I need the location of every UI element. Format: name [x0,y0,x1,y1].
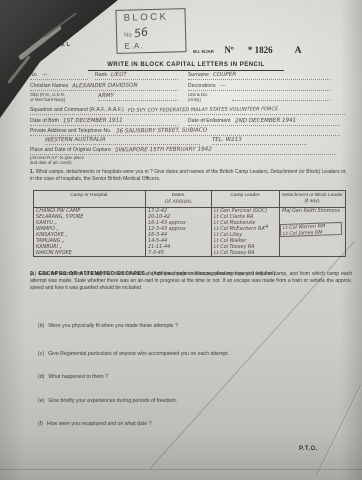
question-2b: (b)Were you physically fit when you made… [38,323,178,329]
camp-name: KANBURI „ [36,244,62,250]
question-2d-id: (d) [38,374,44,380]
camp-date: 12-3-43 approx [148,226,186,232]
question-2c: (c)Give Regimental particulars of anyone… [38,351,229,357]
camp-name: KINSAYOKE „ [36,232,68,238]
pencil-annotation-box: Lt Col Warren RM Lt Col James RM [280,222,342,237]
block-stamp: BLOCK No56 E.A. [115,8,186,54]
question-2e: (e)Give briefly your experiences during … [38,398,177,404]
question-1-number: 1. [30,169,34,175]
field-dob-value: 1ST DECEMBER 1911 [63,118,123,125]
field-address-line2-value: WESTERN AUSTRALIA [45,137,106,144]
pto-label: P.T.O. [299,446,318,452]
camp-date: 16-3-44 [148,232,167,238]
question-1: 1. What camps, detachments or hospitals … [30,169,348,183]
reference-number-line: M.I. 9/JAP.Nº* 1826A [193,40,302,58]
field-date-of-birth: Date of Birth 1ST DECEMBER 1911 [30,118,178,126]
question-2a-text: (a) Give full description and approx. da… [30,271,352,292]
col-header-dates-label: Dates. [172,193,186,198]
field-ship-label: Ship (R.N., U.S.N. or Merchant Navy) [30,92,96,102]
page-title: WRITE IN BLOCK CAPITAL LETTERS IN PENCIL [88,62,284,71]
question-2d: (d)What happened to them ? [38,374,108,380]
camp-name: TAMUANG „ [36,238,65,244]
field-enlistment-value: 2ND DECEMBER 1941 [235,118,296,125]
col-header-camp: Camp or Hospital. [34,191,146,208]
field-unit-line [232,92,330,101]
field-capture-sub2: and date of a/c crash). [30,160,73,165]
question-2e-id: (e) [38,398,44,404]
field-christian-names: Christian Names ALEXANDER DAVIDSON [30,83,178,91]
camp-name: SELARANG, S'PORE [36,214,83,220]
field-squadron-value: FD SVY COY FEDERATED MALAY STATES VOLUNT… [128,106,278,114]
camp-leader: Lt Gen Percival (GOC) [214,208,267,214]
block-stamp-no-value: 56 [133,25,149,40]
col-header-leader: Camp Leader. [212,191,280,208]
camp-leader: Lt Col Mackenzie [214,220,255,226]
field-christian-names-value: ALEXANDER DAVIDSON [72,83,138,90]
camp-leader: Lt Col McEachern RA [214,226,265,232]
question-2c-text: Give Regimental particulars of anyone wh… [48,351,229,357]
camp-leader: Lt Col Clarke RA [214,214,253,220]
dates-arrival-note: OF ARRIVAL [148,200,209,206]
question-2f: (f)How were you recaptured and on what d… [38,421,152,427]
field-rank: Rank LIEUT [95,72,178,80]
question-2b-text: Were you physically fit when you made th… [48,323,177,329]
arrow-icon: → [261,221,269,231]
field-ship-label-line2: or Merchant Navy) [30,97,96,102]
field-rank-value: LIEUT [111,72,127,78]
field-unit-label: Unit & Div. (Army) [188,92,228,102]
camp-date: 21-11-44 [148,244,170,250]
question-2e-text: Give briefly your experiences during per… [48,398,177,404]
field-date-of-enlistment: Date of Enlistment 2ND DECEMBER 1941 [188,118,340,126]
field-squadron-label: Squadron and Command (R.A.F., A.A.F.) [30,107,124,113]
block-stamp-no-label: No [124,33,132,39]
camp-date: 7-3-45 [148,250,164,256]
field-surname: Surname COUPER [188,72,330,80]
field-address-line2: WESTERN AUSTRALIA [45,137,200,145]
block-stamp-ea: E.A. [124,40,185,51]
field-decorations-value: — [220,83,226,89]
crease-line [316,385,362,477]
field-capture: Place and Date of Original Capture SINGA… [30,147,335,155]
field-address: Private Address and Telephone No. 36 SAL… [30,128,340,136]
form-number: * 1826 [248,45,273,55]
field-enlistment-label: Date of Enlistment [188,118,231,124]
field-no: No. — [30,72,88,80]
camp-leader: Lt Col Lilley [214,232,242,238]
block-leader: Maj Gen Keith Simmons [282,208,340,214]
camp-table-header-row: Camp or Hospital. Dates.OF ARRIVAL Camp … [34,191,346,208]
field-no-value: — [42,72,48,78]
col-header-block-leader: Detachment or Block Leader (if any). [280,191,346,208]
camp-date: 17-2-42 [148,208,167,214]
camp-leader: Lt Col Walker [214,238,246,244]
field-ship-value-text: ARMY [98,93,114,99]
field-decorations-label: Decorations [188,83,216,89]
field-christian-names-label: Christian Names [30,83,68,89]
camp-row: NAKON NYOKE 7-3-45 Lt Col Toosey RA [34,250,346,257]
field-surname-value: COUPER [213,72,236,78]
camp-name: CHANGI PW CAMP [36,208,80,214]
field-squadron: Squadron and Command (R.A.F., A.A.F.) FD… [30,107,345,115]
camp-name: WAMPO „ [36,226,59,232]
field-capture-value: SINGAPORE 15TH FEBRUARY 1942 [115,146,212,153]
field-telephone: TEL. W213 [212,137,307,145]
scanned-pow-questionnaire-page: CONFIDENTIAL BLOCK No56 E.A. M.I. 9/JAP.… [0,0,362,480]
camp-date: 20-10-42 [148,214,170,220]
camp-name: NAKON NYOKE [36,250,72,256]
field-dob-label: Date of Birth [30,118,59,124]
camp-name: KANYU „ [36,220,57,226]
camp-row: CHANGI PW CAMP 17-2-42 Lt Gen Percival (… [34,207,346,214]
field-ship-value: ARMY [98,93,178,101]
field-surname-label: Surname [188,72,209,78]
question-2b-id: (b) [38,323,44,329]
camp-leader: Lt Col Toosey RA [214,250,255,256]
form-number-suffix: A [295,46,302,56]
page-bottom-edge [0,469,362,470]
field-address-value: 36 SALISBURY STREET, SUBIACO [116,128,207,135]
field-telephone-value: TEL. W213 [212,137,242,143]
field-rank-label: Rank [95,72,107,78]
camp-date: 14-5-44 [148,238,167,244]
question-1-text: What camps, detachments or hospitals wer… [30,169,347,182]
no-symbol: Nº [224,45,233,55]
question-2d-text: What happened to them ? [48,374,108,380]
mi9-label: M.I. 9/JAP. [193,49,214,54]
question-2f-text: How were you recaptured and on what date… [47,421,152,427]
question-2f-id: (f) [38,421,43,427]
field-unit-label-line2: (Army) [188,97,228,102]
question-2c-id: (c) [38,351,44,357]
block-stamp-number-line: No56 [124,22,185,42]
camp-leader: Lt Col Toosey RA [214,244,255,250]
col-header-dates: Dates.OF ARRIVAL [146,191,212,208]
field-address-label: Private Address and Telephone No. [30,128,112,134]
field-capture-label: Place and Date of Original Capture [30,147,111,153]
field-decorations: Decorations — [188,83,330,91]
camp-date: 16-1-43 approx [148,220,186,226]
